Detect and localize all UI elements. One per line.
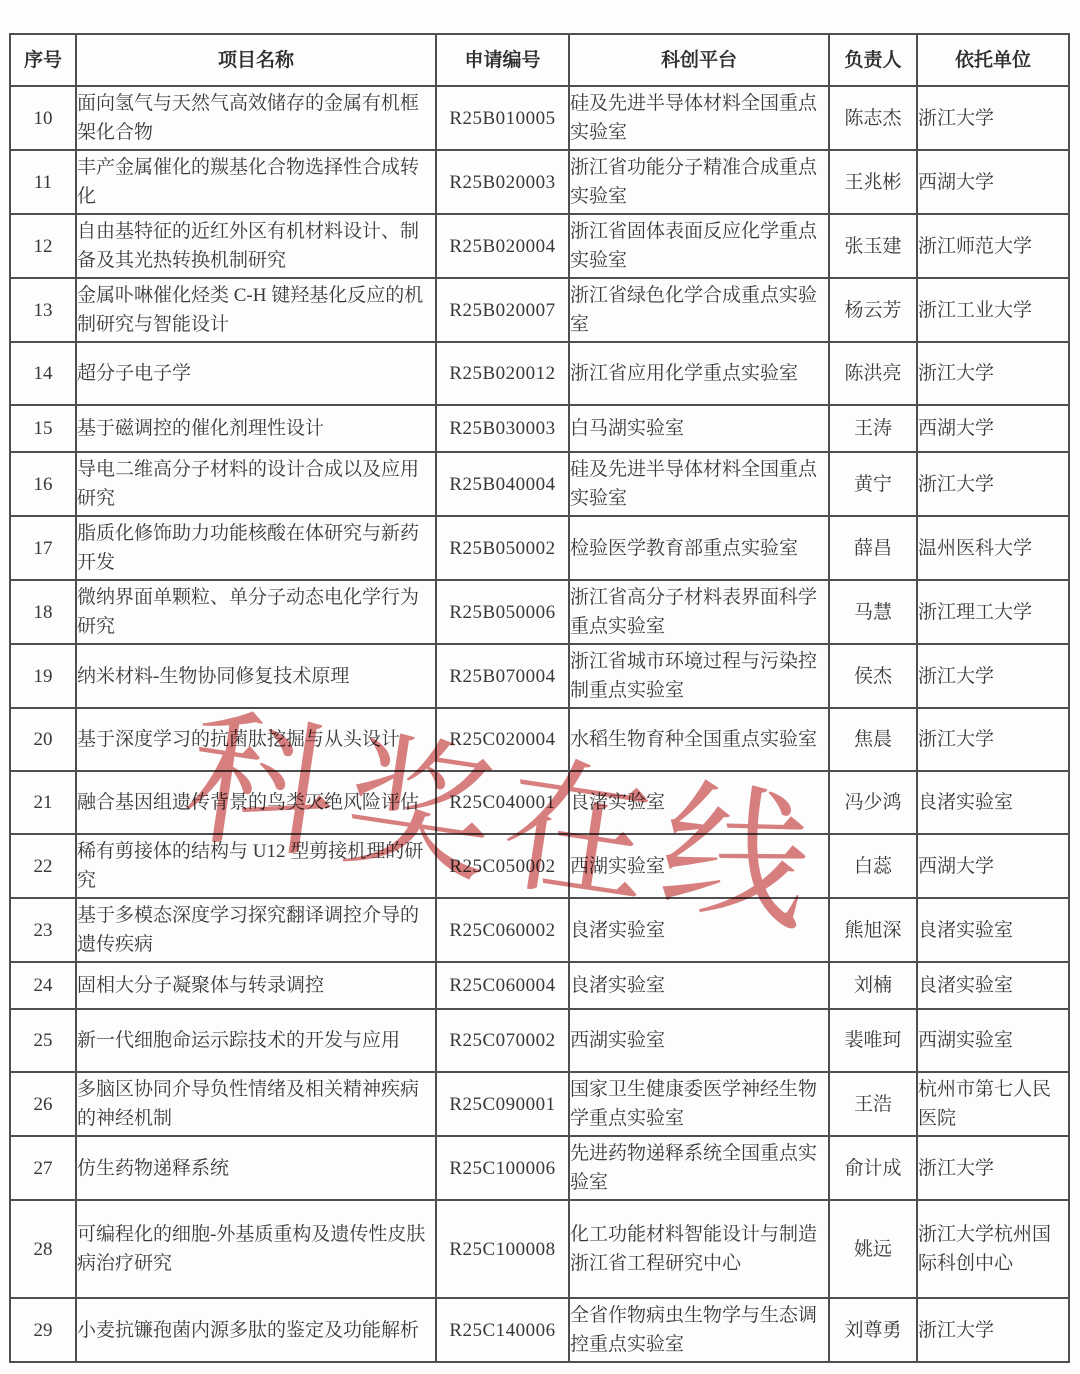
cell-institution: 良渚实验室 bbox=[917, 898, 1069, 962]
cell-application-code: R25C100006 bbox=[436, 1136, 569, 1200]
cell-platform: 全省作物病虫生物学与生态调控重点实验室 bbox=[569, 1298, 829, 1362]
cell-project-name: 纳米材料-生物协同修复技术原理 bbox=[76, 644, 436, 708]
cell-leader: 刘楠 bbox=[829, 962, 917, 1009]
cell-no: 20 bbox=[10, 708, 76, 771]
col-header-platform: 科创平台 bbox=[569, 34, 829, 86]
cell-application-code: R25C050002 bbox=[436, 834, 569, 898]
table-row: 21 融合基因组遗传背景的鸟类灭绝风险评估 R25C040001 良渚实验室 冯… bbox=[10, 771, 1069, 834]
cell-application-code: R25B050006 bbox=[436, 580, 569, 644]
cell-project-name: 超分子电子学 bbox=[76, 342, 436, 405]
cell-platform: 浙江省高分子材料表界面科学重点实验室 bbox=[569, 580, 829, 644]
cell-application-code: R25C060004 bbox=[436, 962, 569, 1009]
cell-institution: 西湖大学 bbox=[917, 150, 1069, 214]
cell-institution: 浙江理工大学 bbox=[917, 580, 1069, 644]
cell-institution: 浙江大学 bbox=[917, 644, 1069, 708]
cell-no: 21 bbox=[10, 771, 76, 834]
col-header-no: 序号 bbox=[10, 34, 76, 86]
table-row: 14 超分子电子学 R25B020012 浙江省应用化学重点实验室 陈洪亮 浙江… bbox=[10, 342, 1069, 405]
cell-platform: 良渚实验室 bbox=[569, 771, 829, 834]
cell-project-name: 基于深度学习的抗菌肽挖掘与从头设计 bbox=[76, 708, 436, 771]
cell-application-code: R25C040001 bbox=[436, 771, 569, 834]
cell-leader: 王浩 bbox=[829, 1072, 917, 1136]
table-header-row: 序号 项目名称 申请编号 科创平台 负责人 依托单位 bbox=[10, 34, 1069, 86]
cell-institution: 良渚实验室 bbox=[917, 771, 1069, 834]
cell-no: 14 bbox=[10, 342, 76, 405]
cell-no: 29 bbox=[10, 1298, 76, 1362]
projects-table: 序号 项目名称 申请编号 科创平台 负责人 依托单位 10 面向氢气与天然气高效… bbox=[9, 33, 1070, 1363]
cell-application-code: R25C020004 bbox=[436, 708, 569, 771]
table-row: 27 仿生药物递释系统 R25C100006 先进药物递释系统全国重点实验室 俞… bbox=[10, 1136, 1069, 1200]
table-row: 29 小麦抗镰孢菌内源多肽的鉴定及功能解析 R25C140006 全省作物病虫生… bbox=[10, 1298, 1069, 1362]
cell-project-name: 自由基特征的近红外区有机材料设计、制备及其光热转换机制研究 bbox=[76, 214, 436, 278]
cell-project-name: 脂质化修饰助力功能核酸在体研究与新药开发 bbox=[76, 516, 436, 580]
cell-leader: 姚远 bbox=[829, 1200, 917, 1298]
cell-project-name: 面向氢气与天然气高效储存的金属有机框架化合物 bbox=[76, 86, 436, 150]
cell-institution: 浙江大学杭州国际科创中心 bbox=[917, 1200, 1069, 1298]
cell-no: 13 bbox=[10, 278, 76, 342]
cell-project-name: 导电二维高分子材料的设计合成以及应用研究 bbox=[76, 452, 436, 516]
table-row: 16 导电二维高分子材料的设计合成以及应用研究 R25B040004 硅及先进半… bbox=[10, 452, 1069, 516]
cell-application-code: R25C140006 bbox=[436, 1298, 569, 1362]
cell-institution: 浙江大学 bbox=[917, 342, 1069, 405]
cell-institution: 西湖实验室 bbox=[917, 1009, 1069, 1072]
cell-institution: 浙江大学 bbox=[917, 1136, 1069, 1200]
cell-leader: 熊旭深 bbox=[829, 898, 917, 962]
cell-application-code: R25B050002 bbox=[436, 516, 569, 580]
cell-leader: 马慧 bbox=[829, 580, 917, 644]
cell-project-name: 新一代细胞命运示踪技术的开发与应用 bbox=[76, 1009, 436, 1072]
cell-platform: 西湖实验室 bbox=[569, 1009, 829, 1072]
table-row: 20 基于深度学习的抗菌肽挖掘与从头设计 R25C020004 水稻生物育种全国… bbox=[10, 708, 1069, 771]
cell-platform: 良渚实验室 bbox=[569, 898, 829, 962]
cell-application-code: R25B020004 bbox=[436, 214, 569, 278]
cell-platform: 浙江省绿色化学合成重点实验室 bbox=[569, 278, 829, 342]
cell-application-code: R25B020012 bbox=[436, 342, 569, 405]
table-row: 19 纳米材料-生物协同修复技术原理 R25B070004 浙江省城市环境过程与… bbox=[10, 644, 1069, 708]
table-row: 28 可编程化的细胞-外基质重构及遗传性皮肤病治疗研究 R25C100008 化… bbox=[10, 1200, 1069, 1298]
table-row: 10 面向氢气与天然气高效储存的金属有机框架化合物 R25B010005 硅及先… bbox=[10, 86, 1069, 150]
cell-platform: 白马湖实验室 bbox=[569, 405, 829, 452]
cell-platform: 水稻生物育种全国重点实验室 bbox=[569, 708, 829, 771]
cell-institution: 浙江大学 bbox=[917, 86, 1069, 150]
cell-project-name: 微纳界面单颗粒、单分子动态电化学行为研究 bbox=[76, 580, 436, 644]
cell-leader: 薛昌 bbox=[829, 516, 917, 580]
cell-project-name: 融合基因组遗传背景的鸟类灭绝风险评估 bbox=[76, 771, 436, 834]
cell-no: 18 bbox=[10, 580, 76, 644]
cell-no: 12 bbox=[10, 214, 76, 278]
cell-leader: 俞计成 bbox=[829, 1136, 917, 1200]
cell-leader: 白蕊 bbox=[829, 834, 917, 898]
cell-institution: 杭州市第七人民医院 bbox=[917, 1072, 1069, 1136]
cell-leader: 杨云芳 bbox=[829, 278, 917, 342]
cell-application-code: R25C090001 bbox=[436, 1072, 569, 1136]
cell-leader: 陈志杰 bbox=[829, 86, 917, 150]
cell-platform: 国家卫生健康委医学神经生物学重点实验室 bbox=[569, 1072, 829, 1136]
cell-platform: 良渚实验室 bbox=[569, 962, 829, 1009]
document-page: 序号 项目名称 申请编号 科创平台 负责人 依托单位 10 面向氢气与天然气高效… bbox=[0, 0, 1080, 1374]
cell-project-name: 可编程化的细胞-外基质重构及遗传性皮肤病治疗研究 bbox=[76, 1200, 436, 1298]
cell-leader: 侯杰 bbox=[829, 644, 917, 708]
cell-project-name: 丰产金属催化的羰基化合物选择性合成转化 bbox=[76, 150, 436, 214]
cell-platform: 浙江省城市环境过程与污染控制重点实验室 bbox=[569, 644, 829, 708]
cell-no: 25 bbox=[10, 1009, 76, 1072]
cell-no: 27 bbox=[10, 1136, 76, 1200]
cell-institution: 浙江大学 bbox=[917, 708, 1069, 771]
cell-leader: 张玉建 bbox=[829, 214, 917, 278]
cell-leader: 刘尊勇 bbox=[829, 1298, 917, 1362]
cell-application-code: R25B020007 bbox=[436, 278, 569, 342]
cell-no: 19 bbox=[10, 644, 76, 708]
cell-no: 28 bbox=[10, 1200, 76, 1298]
table-row: 18 微纳界面单颗粒、单分子动态电化学行为研究 R25B050006 浙江省高分… bbox=[10, 580, 1069, 644]
table-row: 22 稀有剪接体的结构与 U12 型剪接机理的研究 R25C050002 西湖实… bbox=[10, 834, 1069, 898]
cell-no: 10 bbox=[10, 86, 76, 150]
cell-leader: 裴唯珂 bbox=[829, 1009, 917, 1072]
cell-platform: 浙江省功能分子精准合成重点实验室 bbox=[569, 150, 829, 214]
table-row: 24 固相大分子凝聚体与转录调控 R25C060004 良渚实验室 刘楠 良渚实… bbox=[10, 962, 1069, 1009]
cell-institution: 浙江大学 bbox=[917, 1298, 1069, 1362]
cell-institution: 西湖大学 bbox=[917, 834, 1069, 898]
cell-platform: 硅及先进半导体材料全国重点实验室 bbox=[569, 86, 829, 150]
cell-project-name: 稀有剪接体的结构与 U12 型剪接机理的研究 bbox=[76, 834, 436, 898]
cell-no: 22 bbox=[10, 834, 76, 898]
cell-leader: 冯少鸿 bbox=[829, 771, 917, 834]
cell-application-code: R25B030003 bbox=[436, 405, 569, 452]
cell-leader: 陈洪亮 bbox=[829, 342, 917, 405]
cell-platform: 浙江省固体表面反应化学重点实验室 bbox=[569, 214, 829, 278]
cell-application-code: R25C100008 bbox=[436, 1200, 569, 1298]
col-header-application-code: 申请编号 bbox=[436, 34, 569, 86]
cell-platform: 浙江省应用化学重点实验室 bbox=[569, 342, 829, 405]
cell-leader: 焦晨 bbox=[829, 708, 917, 771]
cell-platform: 西湖实验室 bbox=[569, 834, 829, 898]
col-header-leader: 负责人 bbox=[829, 34, 917, 86]
cell-no: 23 bbox=[10, 898, 76, 962]
cell-application-code: R25B070004 bbox=[436, 644, 569, 708]
cell-project-name: 多脑区协同介导负性情绪及相关精神疾病的神经机制 bbox=[76, 1072, 436, 1136]
table-row: 17 脂质化修饰助力功能核酸在体研究与新药开发 R25B050002 检验医学教… bbox=[10, 516, 1069, 580]
cell-application-code: R25B040004 bbox=[436, 452, 569, 516]
cell-no: 17 bbox=[10, 516, 76, 580]
cell-leader: 王兆彬 bbox=[829, 150, 917, 214]
table-row: 13 金属卟啉催化烃类 C-H 键羟基化反应的机制研究与智能设计 R25B020… bbox=[10, 278, 1069, 342]
cell-platform: 先进药物递释系统全国重点实验室 bbox=[569, 1136, 829, 1200]
col-header-project-name: 项目名称 bbox=[76, 34, 436, 86]
cell-institution: 浙江师范大学 bbox=[917, 214, 1069, 278]
cell-no: 24 bbox=[10, 962, 76, 1009]
cell-application-code: R25C070002 bbox=[436, 1009, 569, 1072]
cell-no: 15 bbox=[10, 405, 76, 452]
cell-application-code: R25B020003 bbox=[436, 150, 569, 214]
cell-application-code: R25B010005 bbox=[436, 86, 569, 150]
cell-application-code: R25C060002 bbox=[436, 898, 569, 962]
cell-platform: 硅及先进半导体材料全国重点实验室 bbox=[569, 452, 829, 516]
table-row: 11 丰产金属催化的羰基化合物选择性合成转化 R25B020003 浙江省功能分… bbox=[10, 150, 1069, 214]
cell-project-name: 小麦抗镰孢菌内源多肽的鉴定及功能解析 bbox=[76, 1298, 436, 1362]
cell-leader: 黄宁 bbox=[829, 452, 917, 516]
cell-institution: 良渚实验室 bbox=[917, 962, 1069, 1009]
table-row: 25 新一代细胞命运示踪技术的开发与应用 R25C070002 西湖实验室 裴唯… bbox=[10, 1009, 1069, 1072]
cell-institution: 浙江工业大学 bbox=[917, 278, 1069, 342]
cell-project-name: 固相大分子凝聚体与转录调控 bbox=[76, 962, 436, 1009]
table-row: 12 自由基特征的近红外区有机材料设计、制备及其光热转换机制研究 R25B020… bbox=[10, 214, 1069, 278]
cell-platform: 检验医学教育部重点实验室 bbox=[569, 516, 829, 580]
cell-no: 26 bbox=[10, 1072, 76, 1136]
table-row: 26 多脑区协同介导负性情绪及相关精神疾病的神经机制 R25C090001 国家… bbox=[10, 1072, 1069, 1136]
cell-project-name: 金属卟啉催化烃类 C-H 键羟基化反应的机制研究与智能设计 bbox=[76, 278, 436, 342]
cell-project-name: 基于多模态深度学习探究翻译调控介导的遗传疾病 bbox=[76, 898, 436, 962]
cell-project-name: 基于磁调控的催化剂理性设计 bbox=[76, 405, 436, 452]
table-row: 15 基于磁调控的催化剂理性设计 R25B030003 白马湖实验室 王涛 西湖… bbox=[10, 405, 1069, 452]
col-header-institution: 依托单位 bbox=[917, 34, 1069, 86]
cell-institution: 温州医科大学 bbox=[917, 516, 1069, 580]
cell-institution: 浙江大学 bbox=[917, 452, 1069, 516]
cell-no: 16 bbox=[10, 452, 76, 516]
cell-institution: 西湖大学 bbox=[917, 405, 1069, 452]
cell-leader: 王涛 bbox=[829, 405, 917, 452]
cell-no: 11 bbox=[10, 150, 76, 214]
table-row: 23 基于多模态深度学习探究翻译调控介导的遗传疾病 R25C060002 良渚实… bbox=[10, 898, 1069, 962]
cell-project-name: 仿生药物递释系统 bbox=[76, 1136, 436, 1200]
cell-platform: 化工功能材料智能设计与制造浙江省工程研究中心 bbox=[569, 1200, 829, 1298]
